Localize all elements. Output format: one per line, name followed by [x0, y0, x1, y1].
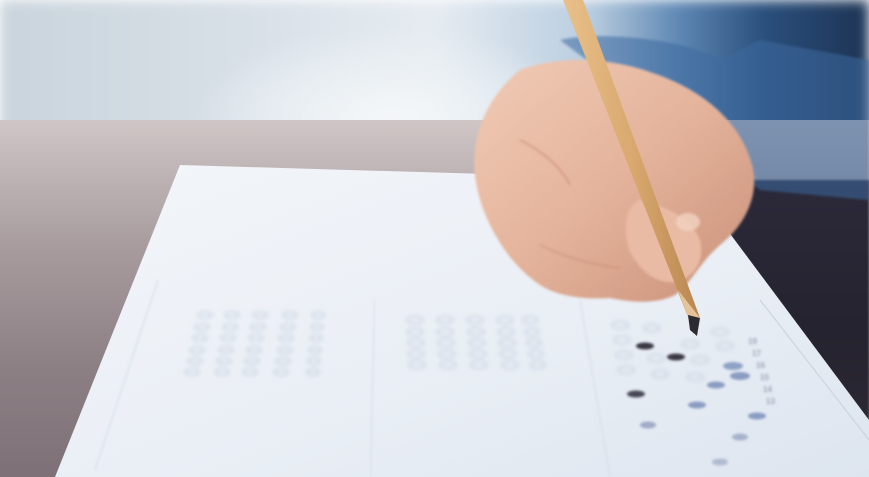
hand-with-pencil [0, 0, 869, 477]
photo-scene: 19 17 16 15 14 13 [0, 0, 869, 477]
